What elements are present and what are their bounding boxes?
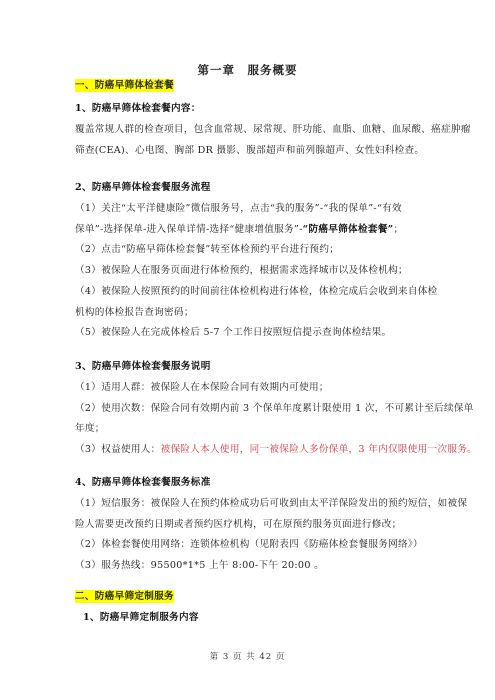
paragraph-line: （3）被保险人在服务页面进行体检预约，根据需求选择城市以及体检机构； xyxy=(75,265,408,277)
paragraph-line: （2）点击“防癌早筛体检套餐”转至体检预约平台进行预约； xyxy=(75,244,339,256)
sub1-heading: 1、防癌早筛体检套餐内容： xyxy=(75,103,201,115)
sub4-heading: 4、防癌早筛体检套餐服务标准 xyxy=(75,477,211,489)
paragraph-line: （4）被保险人按照预约的时间前往体检机构进行体检，体检完成后会收到来自体检 xyxy=(75,286,438,298)
section2-heading: 二、防癌早筛定制服务 xyxy=(75,591,174,603)
sub2-heading: 2、防癌早筛体检套餐服务流程 xyxy=(75,182,211,194)
document-page: 第一章 服务概要 一、防癌早筛体检套餐 1、防癌早筛体检套餐内容： 覆盖常规人群… xyxy=(0,0,495,700)
paragraph-line: 保单”-选择保单-进入保单详情-选择“健康增值服务”-“防癌早筛体检套餐”； xyxy=(75,224,403,236)
paragraph-line: 年度； xyxy=(75,423,105,435)
paragraph-line: 机构的体检报告查询密码； xyxy=(75,307,194,319)
chapter-title: 第一章 服务概要 xyxy=(0,62,495,78)
text-plain: （3）权益使用人： xyxy=(75,444,161,455)
paragraph-line: （3）服务热线：95500*1*5 上午 8:00-下午 20:00 。 xyxy=(75,560,324,572)
sub3-heading: 3、防癌早筛体检套餐服务说明 xyxy=(75,361,211,373)
paragraph-line: （1）短信服务：被保险人在预约体检成功后可收到由太平洋保险发出的预约短信，如被保 xyxy=(75,498,467,510)
highlighted-heading: 一、防癌早筛体检套餐 xyxy=(75,79,174,92)
paragraph-line: 险人需要更改预约日期或者预约医疗机构，可在原预约服务页面进行修改； xyxy=(75,519,402,531)
text-red-emphasis: 被保险人本人使用，同一被保险人多份保单，3 年内仅限使用一次服务。 xyxy=(161,444,477,455)
text-plain: ； xyxy=(393,224,403,235)
page-footer: 第 3 页 共 42 页 xyxy=(0,650,495,662)
paragraph-line: （3）权益使用人：被保险人本人使用，同一被保险人多份保单，3 年内仅限使用一次服… xyxy=(75,444,477,456)
highlighted-heading: 二、防癌早筛定制服务 xyxy=(75,590,174,603)
paragraph-line: （5）被保险人在完成体检后 5-7 个工作日按照短信提示查询体检结果。 xyxy=(75,327,391,339)
section1-heading: 一、防癌早筛体检套餐 xyxy=(75,80,174,92)
text-plain: 保单”-选择保单-进入保单详情-选择“健康增值服务”- xyxy=(75,224,303,235)
paragraph-line: 覆盖常规人群的检查项目，包含血常规、尿常规、肝功能、血脂、血糖、血尿酸、癌症肿瘤 xyxy=(75,124,471,136)
paragraph-line: （2）使用次数：保险合同有效期内前 3 个保单年度累计限使用 1 次，不可累计至… xyxy=(75,403,474,415)
paragraph-line: 筛查(CEA)、心电图、胸部 DR 摄影、腹部超声和前列腺超声、女性妇科检查。 xyxy=(75,145,424,157)
paragraph-line: （2）体检套餐使用网络：连锁体检机构（见附表四《防癌体检套餐服务网络》） xyxy=(75,539,423,551)
section2-sub1-heading: 1、防癌早筛定制服务内容 xyxy=(83,612,199,624)
text-bold: “防癌早筛体检套餐” xyxy=(303,224,394,235)
paragraph-line: （1）适用人群：被保险人在本保险合同有效期内可使用； xyxy=(75,382,329,394)
paragraph-line: （1）关注“太平洋健康险”微信服务号，点击“我的服务”-“我的保单”-“有效 xyxy=(75,203,402,215)
